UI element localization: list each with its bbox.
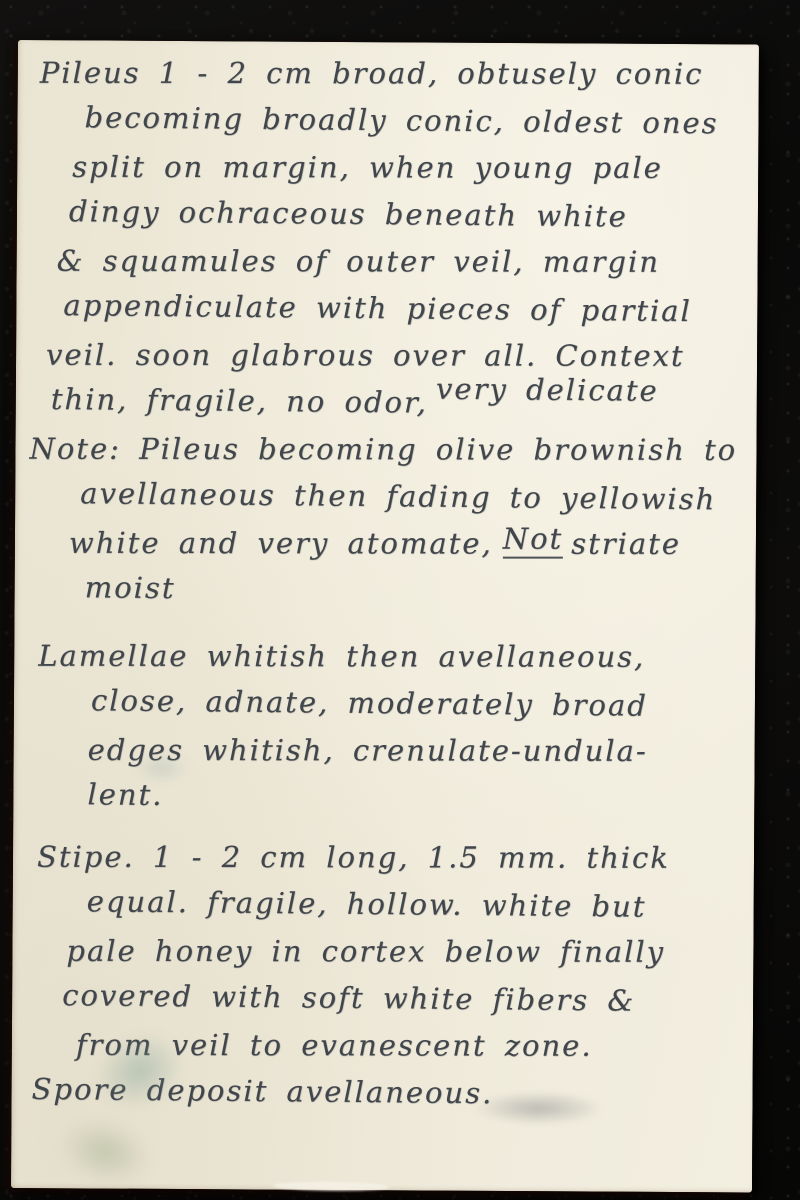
note-line: lent. <box>87 777 754 830</box>
handwriting: striate <box>571 527 681 561</box>
note-line: white and very atomate,Notstriate <box>69 526 756 574</box>
handwriting: Lamellae whitish then avellaneous, <box>38 639 645 674</box>
handwriting: covered with soft white fibers & <box>62 978 635 1017</box>
note-line: pale honey in cortex below finally <box>66 934 753 982</box>
note-line: avellaneous then fading to yellowish <box>80 476 756 529</box>
handwriting: close, adnate, moderately broad <box>91 683 648 722</box>
note-line: dingy ochraceous beneath white <box>69 194 758 248</box>
handwriting: Stipe. 1 - 2 cm long, 1.5 mm. thick <box>37 840 670 875</box>
note-line: split on margin, when young pale <box>72 150 758 198</box>
note-line: thin, fragile, no odor,very delicate <box>51 382 757 436</box>
note-line: Lamellae whitish then avellaneous, <box>38 639 755 687</box>
handwriting: dingy ochraceous beneath white <box>69 194 628 233</box>
note-line: becoming broadly conic, oldest ones <box>84 100 758 153</box>
handwriting: veil. soon glabrous over all. Context <box>46 338 685 373</box>
note-line: moist <box>84 570 755 623</box>
handwriting: pale honey in cortex below finally <box>66 934 665 969</box>
note-line: covered with soft white fibers & <box>62 978 753 1032</box>
note-line: & squamules of outer veil, margin <box>57 244 758 292</box>
handwriting: & squamules of outer veil, margin <box>57 244 660 279</box>
photo-of-handwritten-note: { "colors": { "backdrop_black": "#0a0a09… <box>0 0 800 1200</box>
handwriting: avellaneous then fading to yellowish <box>80 476 716 516</box>
handwriting: appendiculate with pieces of partial <box>63 288 692 328</box>
note-line: appendiculate with pieces of partial <box>63 288 757 342</box>
handwriting-inserted-above-line: very delicate <box>436 372 659 408</box>
handwriting: Note: Pileus becoming olive brownish to <box>29 432 737 467</box>
handwriting: equal. fragile, hollow. white but <box>87 884 647 923</box>
note-line: edges whitish, crenulate-undula- <box>88 733 755 781</box>
note-line: equal. fragile, hollow. white but <box>86 884 753 937</box>
note-line: Stipe. 1 - 2 cm long, 1.5 mm. thick <box>37 840 754 888</box>
handwritten-text-block: Pileus 1 - 2 cm broad, obtusely conic be… <box>11 40 759 1193</box>
handwriting: Spore deposit avellaneous. <box>31 1072 493 1110</box>
handwriting: white and very atomate, <box>69 526 493 561</box>
note-line: Pileus 1 - 2 cm broad, obtusely conic <box>40 56 759 104</box>
handwriting: edges whitish, crenulate-undula- <box>88 733 648 768</box>
card-bottom-edge-chip <box>273 1181 389 1192</box>
note-line: Spore deposit avellaneous. <box>31 1072 752 1126</box>
handwriting: from veil to evanescent zone. <box>76 1028 593 1063</box>
handwriting: Pileus 1 - 2 cm broad, obtusely conic <box>40 56 704 91</box>
note-line: Note: Pileus becoming olive brownish to <box>29 432 756 480</box>
handwriting: thin, fragile, no odor, <box>51 382 428 420</box>
note-line: from veil to evanescent zone. <box>76 1028 753 1076</box>
note-card: Pileus 1 - 2 cm broad, obtusely conic be… <box>11 40 759 1193</box>
handwriting: moist <box>85 570 176 605</box>
handwriting: lent. <box>87 777 163 812</box>
handwriting-underlined-word: Not <box>503 522 564 559</box>
handwriting: becoming broadly conic, oldest ones <box>84 100 718 140</box>
note-line: close, adnate, moderately broad <box>91 683 755 736</box>
handwriting: split on margin, when young pale <box>72 150 663 185</box>
